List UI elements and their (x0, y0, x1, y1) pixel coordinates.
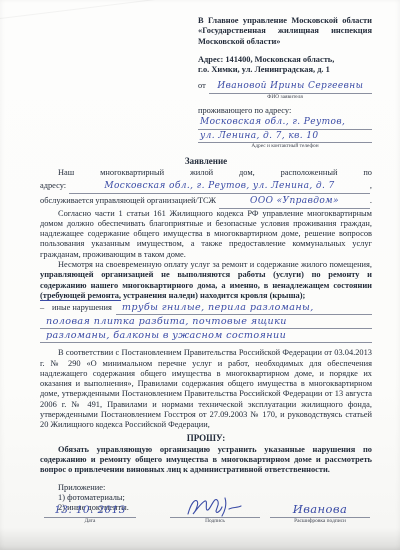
p3-pen-underlined: (требующей ремонта, (40, 291, 121, 301)
p1-line2: адресу: Московская обл., г. Реутов, ул. … (40, 179, 372, 194)
paragraph-violations-intro: Несмотря на своевременную оплату услуг з… (40, 260, 372, 301)
signature-stroke (170, 497, 260, 518)
residing-address-line1: Московская обл., г. Реутов, (198, 116, 372, 130)
residing-label: проживающего по адресу: (198, 106, 372, 116)
management-org-handwritten: ООО «Управдом» (219, 195, 370, 209)
addressee-text: В Главное управление Московской области … (198, 16, 372, 47)
paragraph-housing-code: Согласно части 1 статьи 161 Жилищного ко… (40, 209, 372, 260)
address-caption: Адрес и контактный телефон (198, 143, 372, 150)
other-violations-label: иные нарушения (52, 301, 112, 314)
p3-regular: Несмотря на своевременную оплату услуг з… (58, 260, 372, 269)
p1-org-prefix: обслуживается управляющей организацией/Т… (40, 194, 216, 207)
paragraph-house-info: Наш многоквартирный жилой дом, расположе… (40, 168, 372, 208)
paragraph-legal-basis: В соответствии с Постановлением Правител… (40, 348, 372, 430)
request-heading: ПРОШУ: (40, 433, 372, 444)
signature-icon (184, 497, 246, 517)
residing-address-line2: ул. Ленина, д. 7, кв. 10 (198, 130, 372, 144)
p1-address-prefix: адресу: (40, 179, 66, 192)
signature-footer: 13. 10. 2013 Дата Подпись Иванова Расшиф… (44, 497, 370, 525)
signature-column: Подпись (170, 497, 260, 525)
violations-handwritten-line1: трубы гнилые, перила разломаны, (116, 301, 372, 315)
request-body: Обязать управляющую организацию устранит… (40, 445, 372, 476)
violations-handwritten-line3: разломаны, балконы в ужасном состоянии (40, 329, 372, 343)
inspection-address-line2: г.о. Химки, ул. Ленинградская, д. 1 (198, 65, 372, 75)
p1-line1: Наш многоквартирный жилой дом, расположе… (40, 168, 372, 178)
fio-caption: ФИО заявителя (198, 94, 372, 101)
violations-handwritten-line2: половая плитка разбита, почтовые ящики (40, 315, 372, 329)
attachments-heading: Приложение: (58, 483, 372, 493)
addressee-block: В Главное управление Московской области … (198, 16, 372, 150)
p3-bold2: устранения наледи) находится кровля (кры… (121, 291, 305, 300)
p1-comma: , (370, 179, 372, 192)
signature-caption: Подпись (170, 518, 260, 525)
date-handwritten: 13. 10. 2013 (44, 503, 136, 518)
violations-block: – иные нарушения трубы гнилые, перила ра… (40, 301, 372, 343)
transcript-handwritten: Иванова (270, 502, 370, 518)
inspection-address-line1: Адрес: 141400, Московская область, (198, 55, 372, 65)
date-caption: Дата (44, 518, 136, 525)
date-column: 13. 10. 2013 Дата (44, 503, 136, 525)
transcript-column: Иванова Расшифровка подписи (270, 502, 370, 525)
p1-period: . (370, 194, 372, 207)
transcript-caption: Расшифровка подписи (270, 518, 370, 525)
dash-marker: – (40, 301, 52, 314)
document-body: В Главное управление Московской области … (40, 16, 372, 513)
from-label: от (198, 81, 206, 90)
p3-bold1: управляющей организацией не выполняются … (40, 270, 372, 289)
house-address-handwritten: Московская обл., г. Реутов, ул. Ленина, … (69, 180, 370, 194)
document-title: Заявление (40, 156, 372, 167)
applicant-name-handwritten: Ивановой Ирины Сергеевны (209, 80, 372, 94)
violations-row1: – иные нарушения трубы гнилые, перила ра… (40, 301, 372, 315)
from-line: от Ивановой Ирины Сергеевны (198, 80, 372, 94)
scanned-document: В Главное управление Московской области … (0, 0, 400, 550)
p1-line3: обслуживается управляющей организацией/Т… (40, 194, 372, 209)
